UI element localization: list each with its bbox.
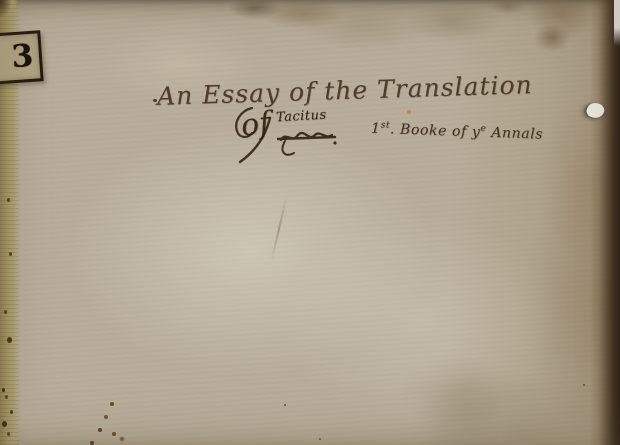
manuscript-page-photo: 3 An Essay of the Translation of Tacitus… xyxy=(0,0,620,445)
subtitle-right-part: Annals xyxy=(486,125,543,143)
page-number-label: 3 xyxy=(0,30,44,85)
foxing-dots xyxy=(110,402,114,406)
page-number: 3 xyxy=(11,41,35,73)
interlinear-correction: Tacitus xyxy=(276,108,327,126)
subtitle-right-part: . Booke of y xyxy=(390,121,481,140)
subtitle-of: of xyxy=(239,105,272,143)
parchment-background xyxy=(0,0,620,445)
page-right-edge-shadow xyxy=(590,0,620,445)
ink-dot xyxy=(153,99,157,102)
crossed-out-word xyxy=(277,126,339,162)
background-sliver xyxy=(614,0,620,46)
gold-speck xyxy=(407,110,411,114)
subtitle-right-superscript: st xyxy=(381,120,391,130)
binding-speckles xyxy=(7,198,10,202)
subtitle-right-part: 1 xyxy=(371,121,381,137)
